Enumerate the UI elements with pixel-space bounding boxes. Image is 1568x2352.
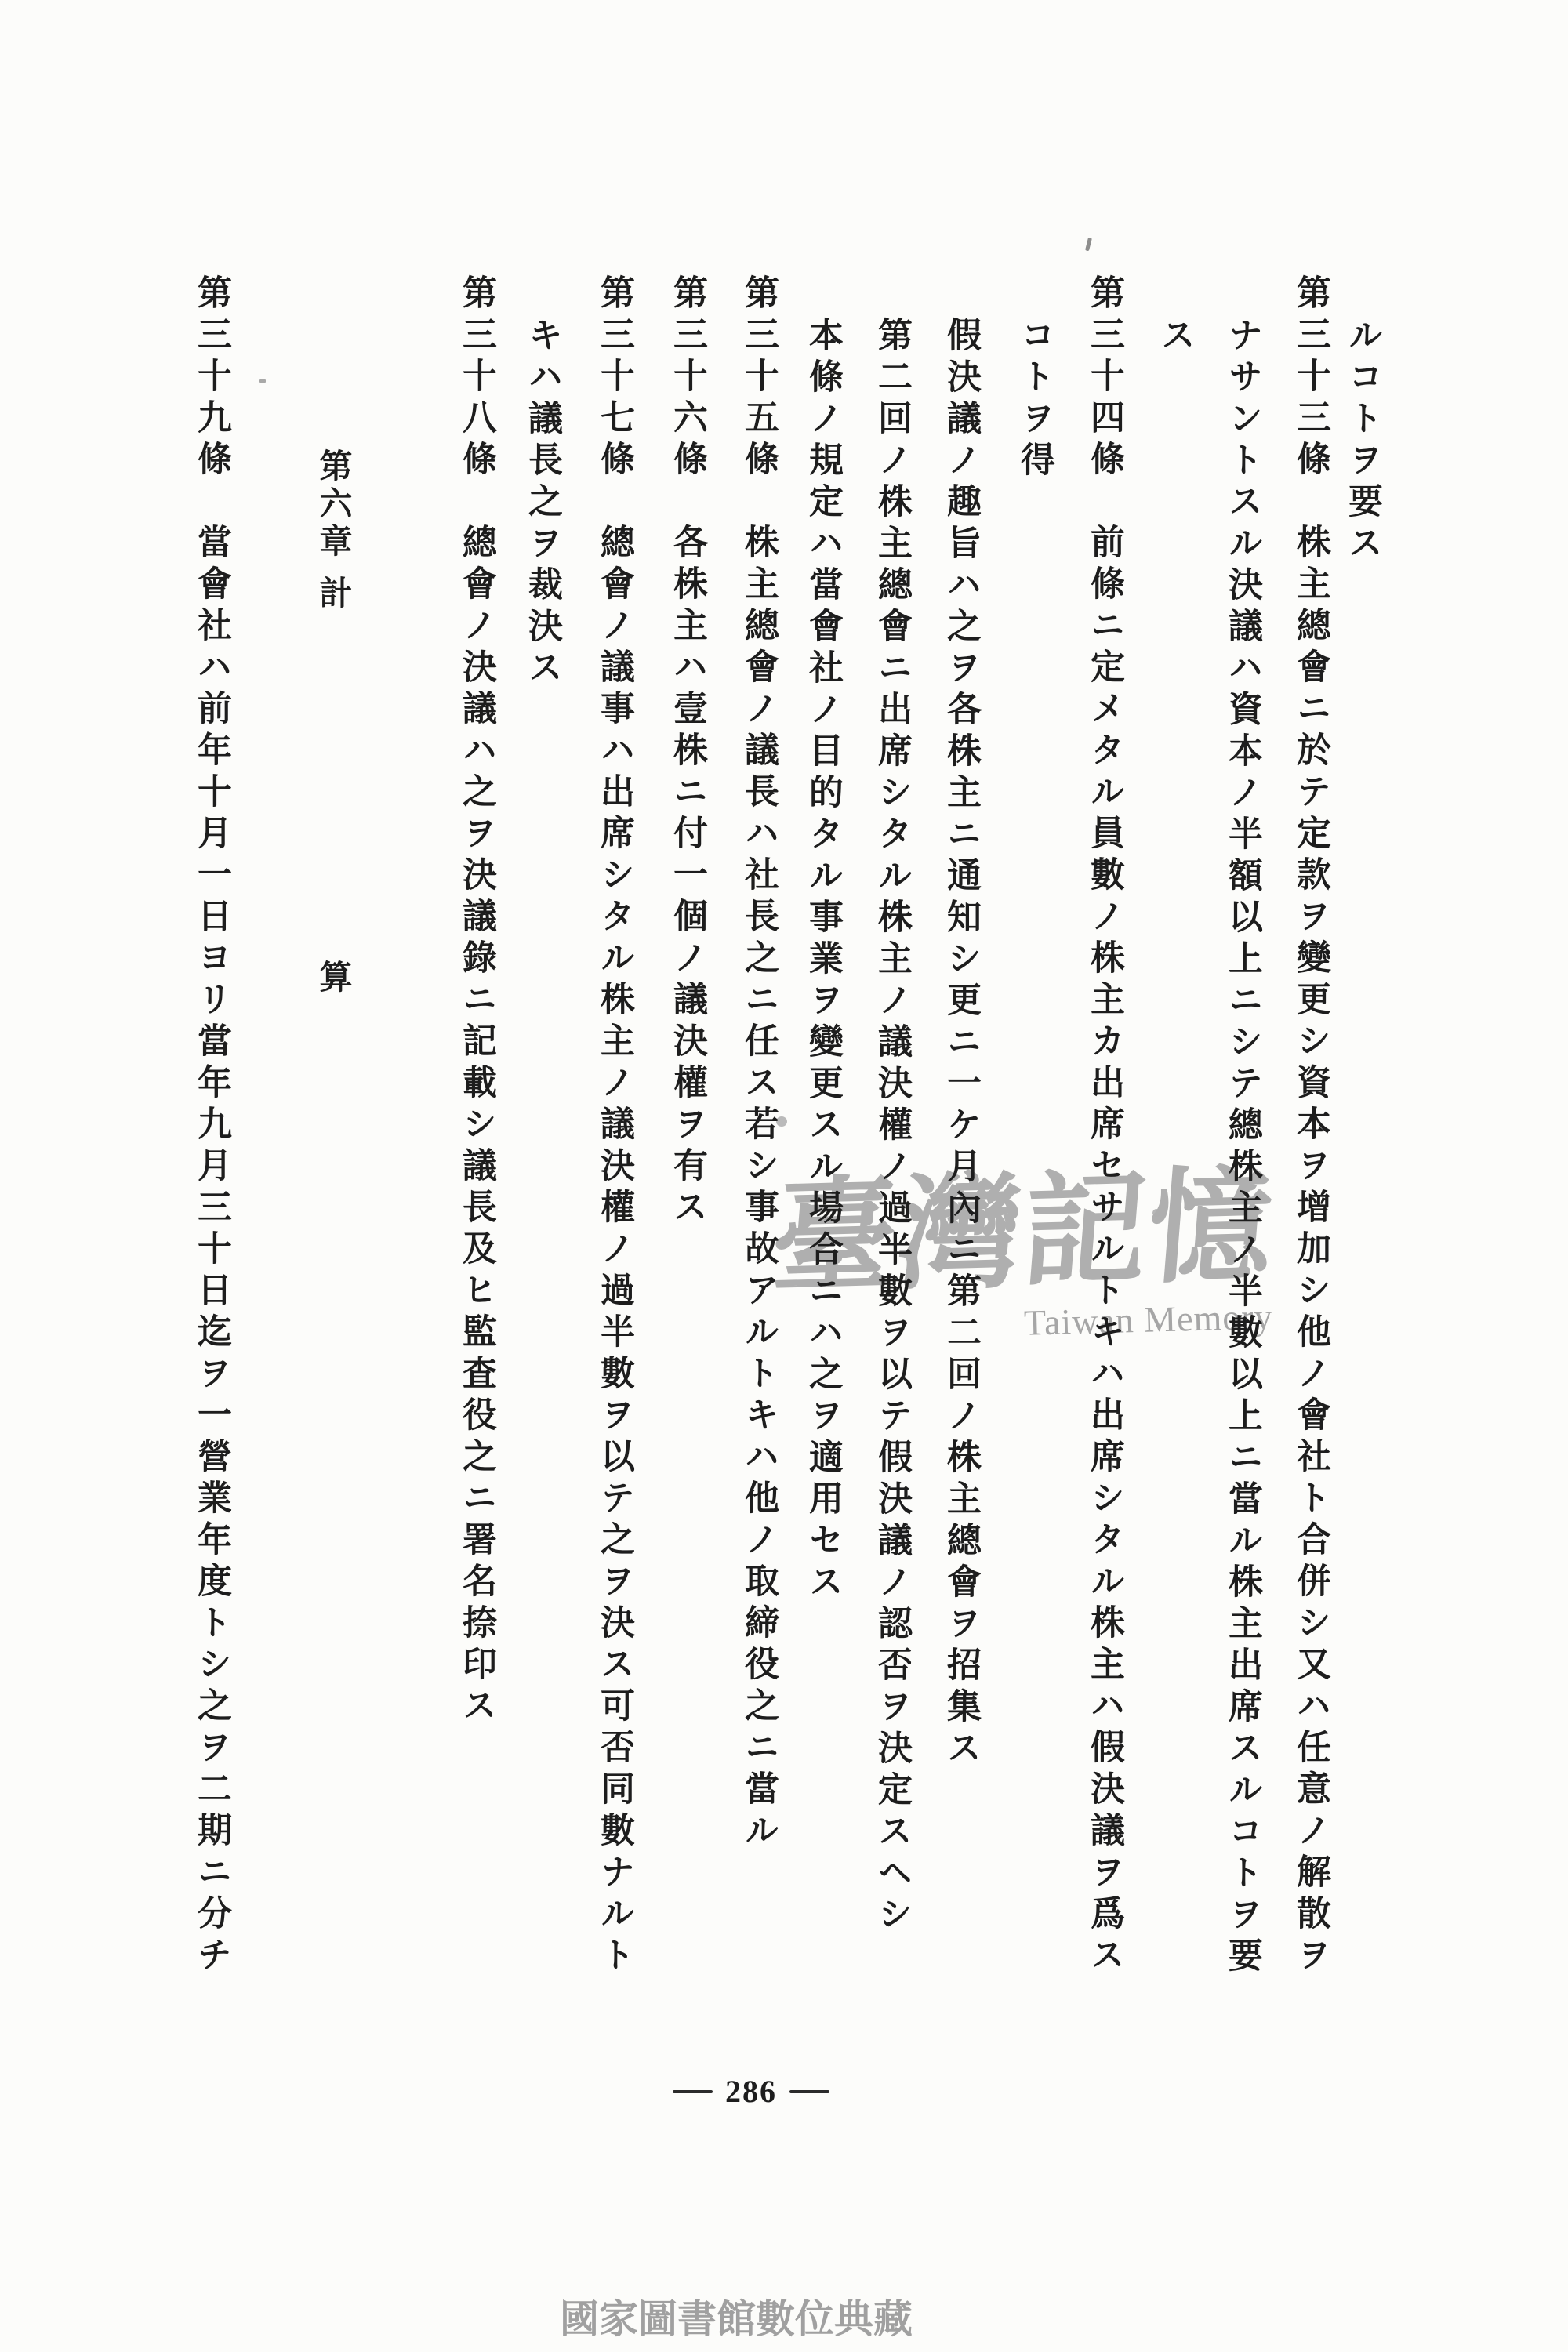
page-number-left-dash [673, 2090, 713, 2093]
text-column-carryover: ルコトヲ要ス [1341, 317, 1384, 566]
page-number: 286 [673, 2073, 829, 2110]
text-column-article-33-cont: ナサントスル決議ハ資本ノ半額以上ニシテ總株主ノ半數以上ニ當ル株主出席スルコトヲ要 [1221, 317, 1264, 1979]
national-central-library-watermark: 國家圖書館數位典藏 [560, 2288, 913, 2344]
text-column-article-38: 第三十八條 總會ノ決議ハ之ヲ決議錄ニ記載シ議長及ヒ監査役之ニ署名捺印ス [455, 274, 498, 1729]
scanned-document-page: { "columns": [ { "name": "carryover-line… [0, 0, 1568, 2352]
text-column-article-34-para3: 第二回ノ株主總會ニ出席シタル株主ノ議決權ノ過半數ヲ以テ假決議ノ認否ヲ決定スヘシ [870, 317, 913, 1937]
ink-speck [1152, 1209, 1160, 1217]
text-column-article-34-para4: 本條ノ規定ハ當會社ノ目的タル事業ヲ變更スル場合ニハ之ヲ適用セス [801, 317, 844, 1605]
text-column-article-34-para2: 假決議ノ趣旨ハ之ヲ各株主ニ通知シ更ニ一ケ月內ニ第二回ノ株主總會ヲ招集ス [939, 317, 982, 1771]
text-column-article-39: 第三十九條 當會社ハ前年十月一日ヨリ當年九月三十日迄ヲ一營業年度トシ之ヲ二期ニ分… [190, 274, 233, 1978]
text-column-article-34-cont: コトヲ得 [1013, 317, 1056, 483]
chapter-title: 計算 [315, 575, 351, 1344]
ink-speck [1085, 238, 1092, 252]
text-column-article-36: 第三十六條 各株主ハ壹株ニ付一個ノ議決權ヲ有ス [666, 274, 709, 1230]
ink-speck [259, 379, 266, 383]
chapter-label: 第六章 [315, 448, 351, 561]
text-column-article-37: 第三十七條 總會ノ議事ハ出席シタル株主ノ議決權ノ過半數ヲ以テ之ヲ決ス可否同數ナル… [593, 274, 636, 1978]
text-column-article-37-cont: キハ議長之ヲ裁決ス [521, 317, 564, 691]
text-column-article-35: 第三十五條 株主總會ノ議長ハ社長之ニ任ス若シ事故アルトキハ他ノ取締役之ニ當ル [737, 274, 780, 1853]
text-column-article-33: 第三十三條 株主總會ニ於テ定款ヲ變更シ資本ヲ增加シ他ノ會社ト合併シ又ハ任意ノ解散… [1289, 274, 1332, 1978]
page-number-right-dash [789, 2090, 829, 2093]
page-number-value: 286 [725, 2073, 777, 2110]
text-column-article-34: 第三十四條 前條ニ定メタル員數ノ株主カ出席セサルトキハ出席シタル株主ハ假決議ヲ爲… [1083, 274, 1126, 1978]
text-column-article-33-end: ス [1153, 317, 1196, 358]
chapter-heading: 第六章計算 [312, 448, 354, 1344]
